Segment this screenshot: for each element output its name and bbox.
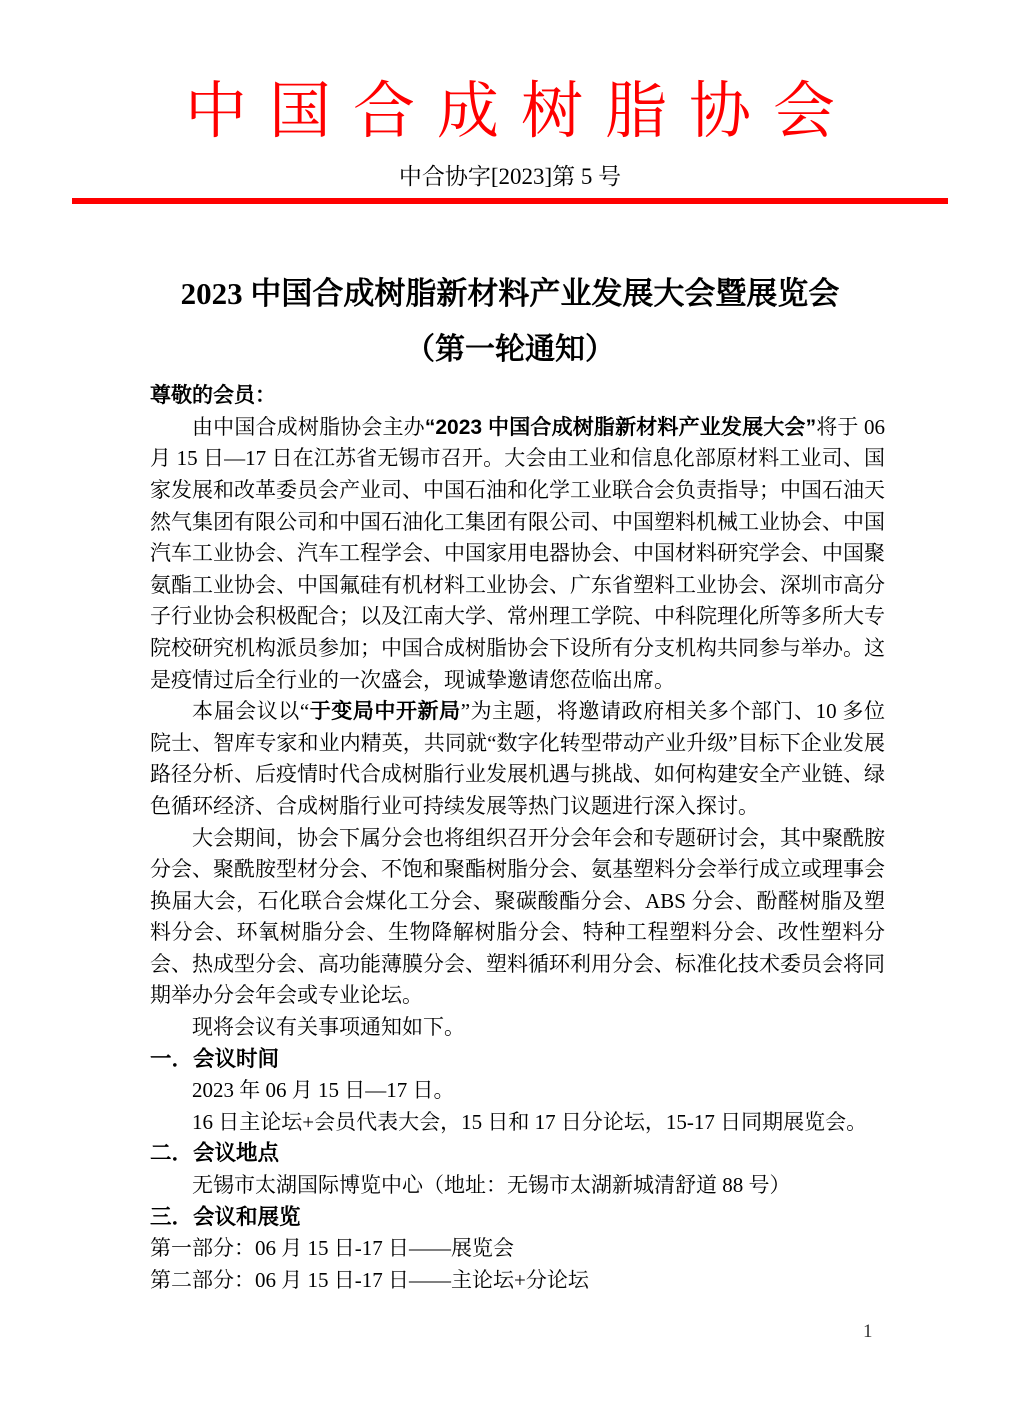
letterhead: 中国合成树脂协会 中合协字[2023]第 5 号 (0, 0, 1020, 204)
notice-body: 2023 中国合成树脂新材料产业发展大会暨展览会 （第一轮通知） 尊敬的会员： … (0, 274, 1020, 1296)
paragraph-notice-lead: 现将会议有关事项通知如下。 (150, 1012, 885, 1044)
section-line-part-one: 第一部分：06 月 15 日-17 日——展览会 (150, 1233, 885, 1265)
paragraph-theme: 本届会议以“于变局中开新局”为主题，将邀请政府相关多个部门、10 多位院士、智库… (150, 696, 885, 822)
paragraph-branches: 大会期间，协会下属分会也将组织召开分会年会和专题研讨会，其中聚酰胺分会、聚酰胺型… (150, 823, 885, 1013)
section-heading-meeting-exhibition: 三．会议和展览 (150, 1202, 885, 1234)
doc-number: 中合协字[2023]第 5 号 (0, 161, 1020, 193)
section-number: 二． (150, 1141, 193, 1165)
notice-content: 尊敬的会员： 由中国合成树脂协会主办“2023 中国合成树脂新材料产业发展大会”… (150, 380, 885, 1296)
section-line-schedule: 16 日主论坛+会员代表大会，15 日和 17 日分论坛，15-17 日同期展览… (150, 1107, 885, 1139)
salutation: 尊敬的会员： (150, 380, 885, 412)
section-number: 一． (150, 1047, 193, 1071)
notice-subtitle: （第一轮通知） (0, 331, 1020, 369)
paragraph-intro: 由中国合成树脂协会主办“2023 中国合成树脂新材料产业发展大会”将于 06 月… (150, 412, 885, 696)
org-title: 中国合成树脂协会 (0, 0, 1020, 146)
section-label: 会议时间 (193, 1047, 279, 1071)
section-line-venue: 无锡市太湖国际博览中心（地址：无锡市太湖新城清舒道 88 号） (150, 1170, 885, 1202)
page-number: 1 (863, 1320, 873, 1344)
document-page: 中国合成树脂协会 中合协字[2023]第 5 号 2023 中国合成树脂新材料产… (0, 0, 1020, 1426)
section-heading-meeting-time: 一．会议时间 (150, 1044, 885, 1076)
section-line-part-two: 第二部分：06 月 15 日-17 日——主论坛+分论坛 (150, 1265, 885, 1297)
section-label: 会议和展览 (193, 1205, 301, 1229)
letterhead-divider-rule (72, 198, 948, 204)
section-label: 会议地点 (193, 1141, 279, 1165)
section-number: 三． (150, 1205, 193, 1229)
section-heading-meeting-place: 二．会议地点 (150, 1138, 885, 1170)
section-line-dates: 2023 年 06 月 15 日—17 日。 (150, 1075, 885, 1107)
notice-title: 2023 中国合成树脂新材料产业发展大会暨展览会 (0, 274, 1020, 314)
